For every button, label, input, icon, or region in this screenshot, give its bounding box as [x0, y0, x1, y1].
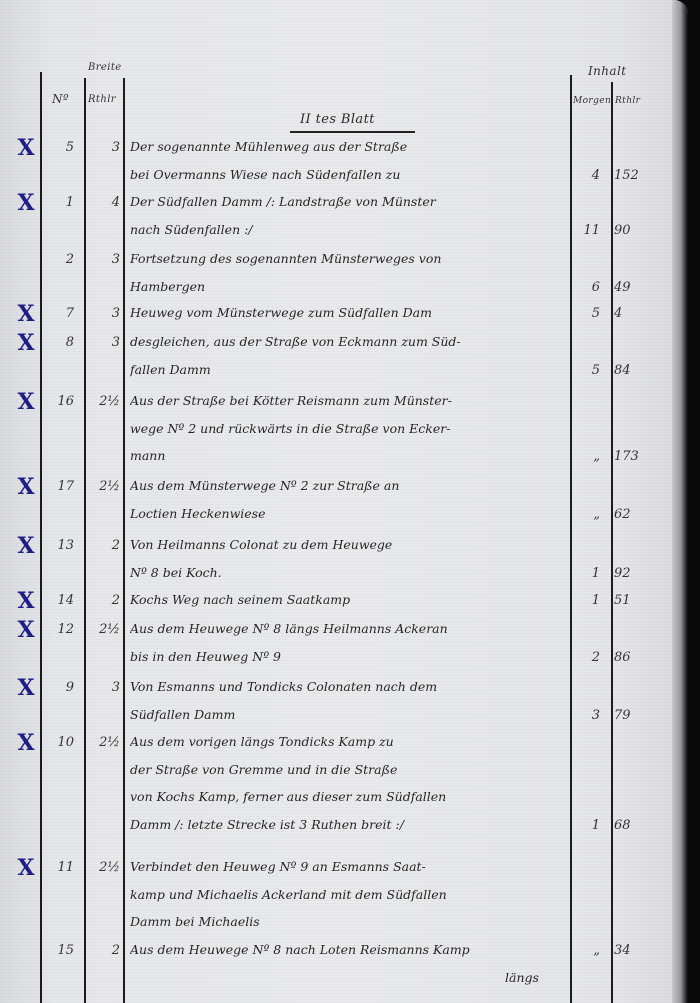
- entry-area-ruthen: 90: [614, 223, 654, 238]
- entry-description-line: kamp und Michaelis Ackerland mit dem Süd…: [130, 887, 570, 902]
- entry-width: 2½: [88, 735, 120, 750]
- review-mark: X: [12, 732, 40, 754]
- entry-number: 2: [44, 252, 74, 267]
- review-mark: X: [12, 391, 40, 413]
- entry-area-morgen: 1: [578, 566, 600, 581]
- rule-content-mid: [611, 82, 613, 1003]
- entry-description-line: Nº 8 bei Koch.: [130, 565, 570, 580]
- header-content-morgen: Morgen: [573, 96, 611, 106]
- entry-description-line: Aus der Straße bei Kötter Reismann zum M…: [130, 393, 570, 408]
- entry-number: 16: [44, 394, 74, 409]
- entry-description-line: Aus dem Heuwege Nº 8 nach Loten Reismann…: [130, 942, 570, 957]
- header-width-unit: Rthlr: [88, 94, 116, 105]
- entry-area-morgen: 1: [578, 593, 600, 608]
- entry-description-line: Kochs Weg nach seinem Saatkamp: [130, 592, 570, 607]
- page-edge-shadow: [672, 0, 688, 1003]
- entry-number: 15: [44, 943, 74, 958]
- entry-area-ruthen: 84: [614, 363, 654, 378]
- review-mark: X: [12, 192, 40, 214]
- entry-area-ruthen: 152: [614, 168, 654, 183]
- review-mark: X: [12, 303, 40, 325]
- entry-number: 14: [44, 593, 74, 608]
- entry-number: 11: [44, 860, 74, 875]
- entry-description-line: nach Südenfallen :/: [130, 222, 570, 237]
- header-content-ruthen: Rthlr: [615, 96, 640, 106]
- entry-description-line: von Kochs Kamp, ferner aus dieser zum Sü…: [130, 789, 570, 804]
- entry-description-line: wege Nº 2 und rückwärts in die Straße vo…: [130, 421, 570, 436]
- entry-area-ruthen: 68: [614, 818, 654, 833]
- entry-description-line: Der sogenannte Mühlenweg aus der Straße: [130, 139, 570, 154]
- section-title: II tes Blatt: [300, 112, 375, 127]
- entry-description-line: Fortsetzung des sogenannten Münsterweges…: [130, 251, 570, 266]
- entry-width: 2½: [88, 622, 120, 637]
- entry-area-ruthen: 49: [614, 280, 654, 295]
- entry-number: 10: [44, 735, 74, 750]
- entry-width: 3: [88, 306, 120, 321]
- header-content: Inhalt: [588, 64, 626, 78]
- entry-description-line: Von Heilmanns Colonat zu dem Heuwege: [130, 537, 570, 552]
- entry-description-line: Damm bei Michaelis: [130, 914, 570, 929]
- entry-description-line: desgleichen, aus der Straße von Eckmann …: [130, 334, 570, 349]
- entry-description-line: Damm /: letzte Strecke ist 3 Ruthen brei…: [130, 817, 570, 832]
- entry-number: 13: [44, 538, 74, 553]
- entry-area-morgen: 5: [578, 306, 600, 321]
- entry-description-line: Loctien Heckenwiese: [130, 506, 570, 521]
- review-mark: X: [12, 857, 40, 879]
- review-mark: X: [12, 619, 40, 641]
- entry-description-line: Der Südfallen Damm /: Landstraße von Mün…: [130, 194, 570, 209]
- review-mark: X: [12, 677, 40, 699]
- entry-area-ruthen: 62: [614, 507, 654, 522]
- entry-area-ruthen: 51: [614, 593, 654, 608]
- entry-width: 3: [88, 335, 120, 350]
- entry-number: 7: [44, 306, 74, 321]
- entry-area-ruthen: 34: [614, 943, 654, 958]
- entry-width: 3: [88, 680, 120, 695]
- header-width-top: Breite: [88, 62, 122, 73]
- review-mark: X: [12, 137, 40, 159]
- entry-area-ruthen: 92: [614, 566, 654, 581]
- review-mark: X: [12, 332, 40, 354]
- entry-description-line: Aus dem Münsterwege Nº 2 zur Straße an: [130, 478, 570, 493]
- entry-description-line: fallen Damm: [130, 362, 570, 377]
- entry-description-line: bis in den Heuweg Nº 9: [130, 649, 570, 664]
- review-mark: X: [12, 590, 40, 612]
- entry-area-morgen: 1: [578, 818, 600, 833]
- entry-description-line: der Straße von Gremme und in die Straße: [130, 762, 570, 777]
- entry-area-morgen: 5: [578, 363, 600, 378]
- entry-width: 4: [88, 195, 120, 210]
- entry-description-line: Hambergen: [130, 279, 570, 294]
- entry-width: 2: [88, 943, 120, 958]
- entry-description-line: Aus dem Heuwege Nº 8 längs Heilmanns Ack…: [130, 621, 570, 636]
- entry-number: 1: [44, 195, 74, 210]
- entry-area-morgen: 11: [578, 223, 600, 238]
- entry-area-ruthen: 86: [614, 650, 654, 665]
- review-mark: X: [12, 476, 40, 498]
- entry-number: 17: [44, 479, 74, 494]
- rule-number: [84, 78, 86, 1003]
- entry-area-morgen: 3: [578, 708, 600, 723]
- entry-description-line: bei Overmanns Wiese nach Südenfallen zu: [130, 167, 570, 182]
- entry-area-morgen: „: [578, 449, 600, 464]
- entry-width: 2: [88, 538, 120, 553]
- entry-description-line: mann: [130, 448, 570, 463]
- entry-width: 2: [88, 593, 120, 608]
- entry-width: 3: [88, 252, 120, 267]
- entry-description-line: Aus dem vorigen längs Tondicks Kamp zu: [130, 734, 570, 749]
- rule-left-margin: [40, 72, 42, 1003]
- entry-number: 5: [44, 140, 74, 155]
- entry-number: 9: [44, 680, 74, 695]
- entry-number: 12: [44, 622, 74, 637]
- entry-width: 2½: [88, 394, 120, 409]
- title-underline: [290, 131, 415, 133]
- entry-width: 2½: [88, 479, 120, 494]
- entry-area-morgen: 2: [578, 650, 600, 665]
- rule-width: [123, 78, 125, 1003]
- header-number: Nº: [52, 92, 69, 106]
- review-mark: X: [12, 535, 40, 557]
- entry-area-morgen: „: [578, 943, 600, 958]
- rule-content-left: [570, 75, 572, 1003]
- entry-area-ruthen: 4: [614, 306, 654, 321]
- entry-area-morgen: 6: [578, 280, 600, 295]
- entry-description-line: Heuweg vom Münsterwege zum Südfallen Dam: [130, 305, 570, 320]
- entry-width: 3: [88, 140, 120, 155]
- entry-area-ruthen: 79: [614, 708, 654, 723]
- entry-description-line: Südfallen Damm: [130, 707, 570, 722]
- entry-description-line: Von Esmanns und Tondicks Colonaten nach …: [130, 679, 570, 694]
- entry-area-ruthen: 173: [614, 449, 654, 464]
- ledger-page: Breite Nº Rthlr Inhalt Morgen Rthlr II t…: [0, 0, 688, 1003]
- entry-area-morgen: „: [578, 507, 600, 522]
- entry-width: 2½: [88, 860, 120, 875]
- entry-area-morgen: 4: [578, 168, 600, 183]
- entry-description-line: Verbindet den Heuweg Nº 9 an Esmanns Saa…: [130, 859, 570, 874]
- entry-description-line: längs: [505, 970, 688, 985]
- entry-number: 8: [44, 335, 74, 350]
